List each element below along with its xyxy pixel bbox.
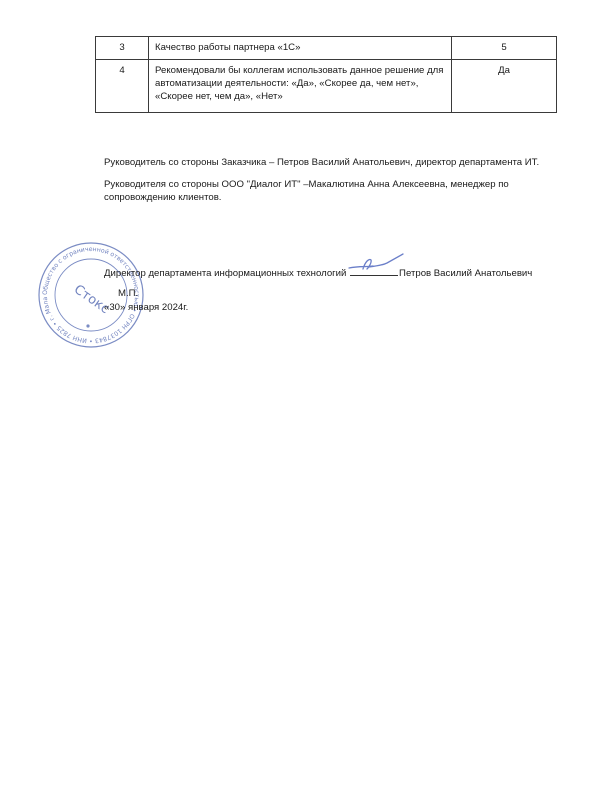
row-answer: Да bbox=[452, 60, 557, 113]
signature-line: Директор департамента информационных тех… bbox=[104, 266, 532, 279]
row-question: Качество работы партнера «1С» bbox=[149, 37, 452, 60]
signature-date: «30» января 2024г. bbox=[104, 302, 188, 313]
row-question: Рекомендовали бы коллегам использовать д… bbox=[149, 60, 452, 113]
handwritten-signature-icon bbox=[343, 252, 409, 276]
row-number: 3 bbox=[96, 37, 149, 60]
survey-table: 3 Качество работы партнера «1С» 5 4 Реко… bbox=[95, 36, 557, 113]
row-answer: 5 bbox=[452, 37, 557, 60]
seal-placeholder-label: М.П. bbox=[118, 288, 138, 299]
table-row: 4 Рекомендовали бы коллегам использовать… bbox=[96, 60, 557, 113]
vendor-lead-paragraph: Руководителя со стороны ООО "Диалог ИТ" … bbox=[104, 178, 524, 204]
signer-position: Директор департамента информационных тех… bbox=[104, 268, 346, 279]
document-page: 3 Качество работы партнера «1С» 5 4 Реко… bbox=[0, 0, 612, 792]
customer-lead-paragraph: Руководитель со стороны Заказчика – Петр… bbox=[104, 156, 539, 169]
table-row: 3 Качество работы партнера «1С» 5 bbox=[96, 37, 557, 60]
signer-name: Петров Василий Анатольевич bbox=[399, 268, 532, 279]
row-number: 4 bbox=[96, 60, 149, 113]
